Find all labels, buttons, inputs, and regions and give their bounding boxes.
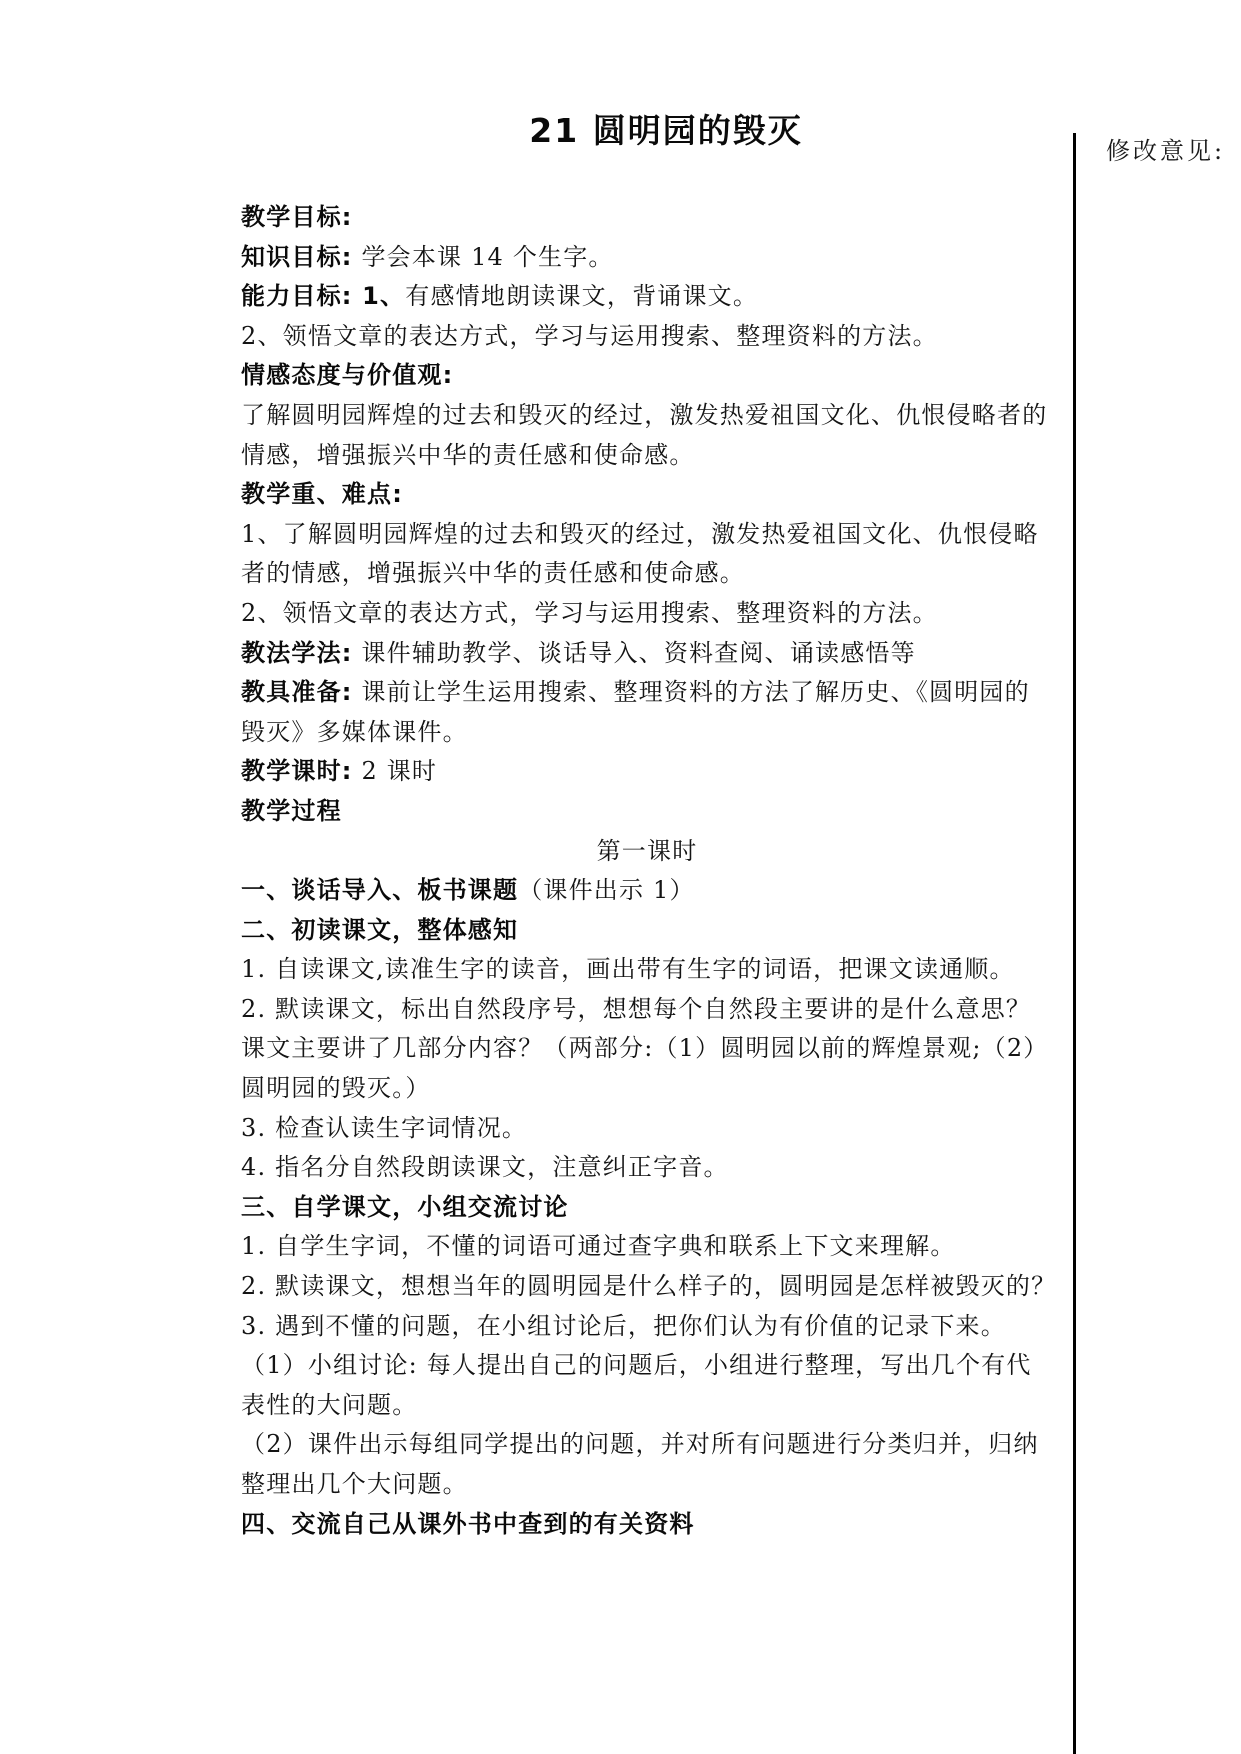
bold-text-segment: 教学目标: [241,203,353,231]
paragraph-line: 毁灭》多媒体课件。 [241,713,1053,753]
text-segment: 毁灭》多媒体课件。 [241,718,468,746]
text-segment: 课文主要讲了几部分内容？（两部分:（1）圆明园以前的辉煌景观;（2） [241,1034,1049,1062]
bold-text-segment: 情感态度与价值观: [241,361,453,389]
paragraph-line: 1、了解圆明园辉煌的过去和毁灭的经过，激发热爱祖国文化、仇恨侵略 [241,515,1053,555]
paragraph-line: 情感态度与价值观: [241,356,1053,396]
paragraph-line: 1. 自学生字词，不懂的词语可通过查字典和联系上下文来理解。 [241,1227,1053,1267]
text-segment: 了解圆明园辉煌的过去和毁灭的经过，激发热爱祖国文化、仇恨侵略者的 [241,401,1047,429]
paragraph-line: 教学过程 [241,792,1053,832]
bold-text-segment: 教学过程 [241,797,342,825]
bold-text-segment: 教学课时: [241,757,353,785]
paragraph-line: 2. 默读课文，标出自然段序号，想想每个自然段主要讲的是什么意思？ [241,990,1053,1030]
bold-text-segment: 二、初读课文，整体感知 [241,916,518,944]
text-segment: 2 课时 [353,757,438,785]
paragraph-line: 二、初读课文，整体感知 [241,911,1053,951]
paragraph-line: 一、谈话导入、板书课题（课件出示 1） [241,871,1053,911]
text-segment: 2. 默读课文，标出自然段序号，想想每个自然段主要讲的是什么意思？ [241,995,1031,1023]
bold-text-segment: 教学重、难点: [241,480,403,508]
text-segment: 2. 默读课文，想想当年的圆明园是什么样子的，圆明园是怎样被毁灭的？ [241,1272,1056,1300]
text-segment: 第一课时 [597,837,698,865]
text-segment: 课前让学生运用搜索、整理资料的方法了解历史、《圆明园的 [353,678,1030,706]
paragraph-line: （1）小组讨论: 每人提出自己的问题后，小组进行整理，写出几个有代 [241,1346,1053,1386]
paragraph-line: 表性的大问题。 [241,1386,1053,1426]
paragraph-line: 教学目标: [241,198,1053,238]
paragraph-line: 1. 自读课文,读准生字的读音，画出带有生字的词语，把课文读通顺。 [241,950,1053,990]
document-page: 21 圆明园的毁灭 教学目标:知识目标: 学会本课 14 个生字。能力目标: 1… [0,0,1241,1754]
paragraph-line: 课文主要讲了几部分内容？（两部分:（1）圆明园以前的辉煌景观;（2） [241,1029,1053,1069]
paragraph-line: 能力目标: 1、有感情地朗读课文，背诵课文。 [241,277,1053,317]
paragraph-line: 2、领悟文章的表达方式，学习与运用搜索、整理资料的方法。 [241,317,1053,357]
paragraph-line: 教学课时: 2 课时 [241,752,1053,792]
text-segment: 2、领悟文章的表达方式，学习与运用搜索、整理资料的方法。 [241,599,938,627]
bold-text-segment: 四、交流自己从课外书中查到的有关资料 [241,1510,695,1538]
paragraph-line: 3. 检查认读生字词情况。 [241,1109,1053,1149]
paragraph-line: 者的情感，增强振兴中华的责任感和使命感。 [241,554,1053,594]
text-segment: 圆明园的毁灭。） [241,1074,431,1102]
text-segment: 情感，增强振兴中华的责任感和使命感。 [241,441,695,469]
paragraph-line: 三、自学课文，小组交流讨论 [241,1188,1053,1228]
bold-text-segment: 能力目标: 1、 [241,282,405,310]
bold-text-segment: 教法学法: [241,639,353,667]
paragraph-line: 了解圆明园辉煌的过去和毁灭的经过，激发热爱祖国文化、仇恨侵略者的 [241,396,1053,436]
text-segment: 课件辅助教学、谈话导入、资料查阅、诵读感悟等 [353,639,916,667]
paragraph-line: 教法学法: 课件辅助教学、谈话导入、资料查阅、诵读感悟等 [241,634,1053,674]
text-segment: （1）小组讨论: 每人提出自己的问题后，小组进行整理，写出几个有代 [241,1351,1032,1379]
paragraph-line: 情感，增强振兴中华的责任感和使命感。 [241,436,1053,476]
text-segment: 整理出几个大问题。 [241,1470,468,1498]
paragraph-line: 2. 默读课文，想想当年的圆明园是什么样子的，圆明园是怎样被毁灭的？ [241,1267,1053,1307]
text-segment: 1. 自学生字词，不懂的词语可通过查字典和联系上下文来理解。 [241,1232,956,1260]
revision-note-label: 修改意见: [1106,131,1225,166]
text-segment: （2）课件出示每组同学提出的问题，并对所有问题进行分类归并，归纳 [241,1430,1039,1458]
text-segment: 学会本课 14 个生字。 [353,243,614,271]
margin-divider-line [1073,133,1076,1754]
paragraph-line: 3. 遇到不懂的问题，在小组讨论后，把你们认为有价值的记录下来。 [241,1307,1053,1347]
paragraph-line: 知识目标: 学会本课 14 个生字。 [241,238,1053,278]
document-body: 教学目标:知识目标: 学会本课 14 个生字。能力目标: 1、有感情地朗读课文，… [241,198,1053,1544]
bold-text-segment: 知识目标: [241,243,353,271]
bold-text-segment: 一、谈话导入、板书课题 [241,876,518,904]
text-segment: 表性的大问题。 [241,1391,417,1419]
text-segment: 4. 指名分自然段朗读课文，注意纠正字音。 [241,1153,729,1181]
paragraph-line: 4. 指名分自然段朗读课文，注意纠正字音。 [241,1148,1053,1188]
bold-text-segment: 三、自学课文，小组交流讨论 [241,1193,569,1221]
paragraph-line: 圆明园的毁灭。） [241,1069,1053,1109]
paragraph-line: 整理出几个大问题。 [241,1465,1053,1505]
text-segment: （课件出示 1） [518,876,695,904]
text-segment: 1、了解圆明园辉煌的过去和毁灭的经过，激发热爱祖国文化、仇恨侵略 [241,520,1039,548]
text-segment: 3. 遇到不懂的问题，在小组讨论后，把你们认为有价值的记录下来。 [241,1312,1006,1340]
paragraph-line: 第一课时 [241,832,1053,872]
text-segment: 2、领悟文章的表达方式，学习与运用搜索、整理资料的方法。 [241,322,938,350]
text-segment: 有感情地朗读课文，背诵课文。 [405,282,758,310]
paragraph-line: 2、领悟文章的表达方式，学习与运用搜索、整理资料的方法。 [241,594,1053,634]
bold-text-segment: 教具准备: [241,678,353,706]
paragraph-line: 四、交流自己从课外书中查到的有关资料 [241,1505,1053,1545]
text-segment: 1. 自读课文,读准生字的读音，画出带有生字的词语，把课文读通顺。 [241,955,1015,983]
page-title: 21 圆明园的毁灭 [241,110,1091,152]
text-segment: 3. 检查认读生字词情况。 [241,1114,527,1142]
paragraph-line: 教具准备: 课前让学生运用搜索、整理资料的方法了解历史、《圆明园的 [241,673,1053,713]
paragraph-line: 教学重、难点: [241,475,1053,515]
paragraph-line: （2）课件出示每组同学提出的问题，并对所有问题进行分类归并，归纳 [241,1425,1053,1465]
text-segment: 者的情感，增强振兴中华的责任感和使命感。 [241,559,745,587]
